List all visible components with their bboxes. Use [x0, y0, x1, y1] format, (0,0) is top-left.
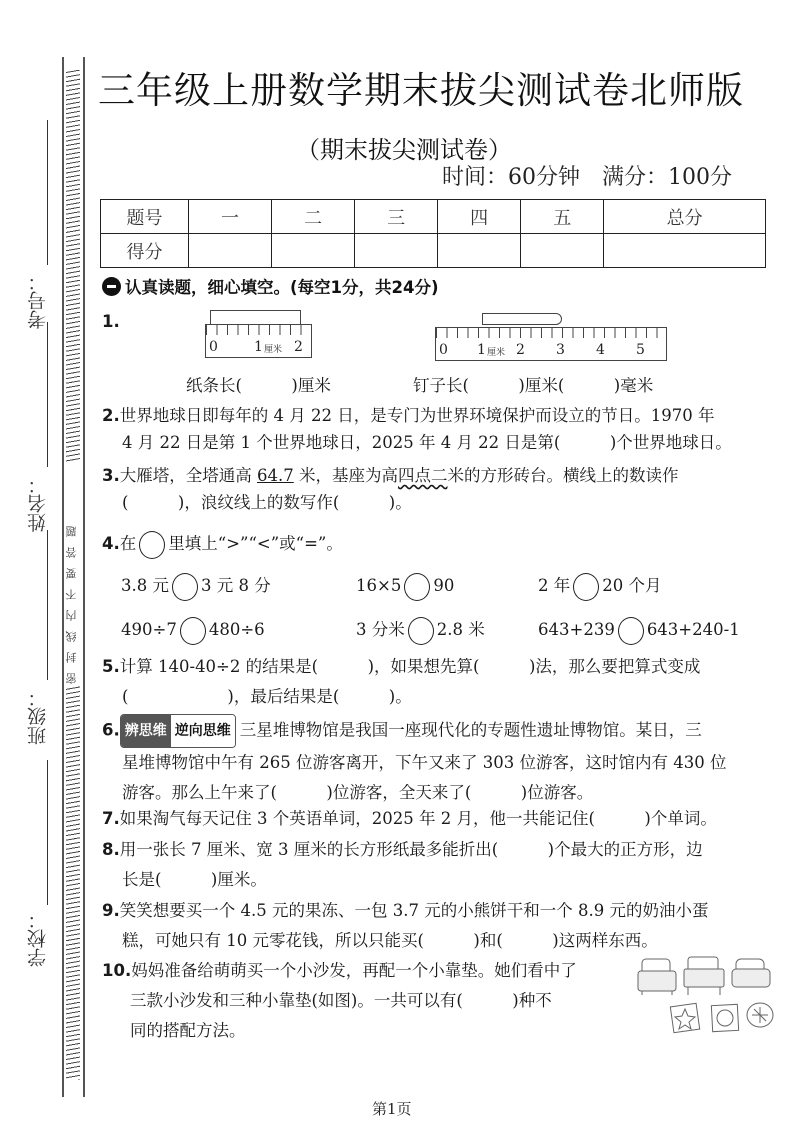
question-10: 10.妈妈准备给萌萌买一个小沙发，再配一个小靠垫。她们看中了 三款小沙发和三种小… [102, 956, 577, 1046]
compare-item-3: 2 年20 个月 [538, 572, 662, 601]
sofa-cushion-illustration [636, 955, 786, 1045]
score-table-score-row: 得分 [101, 234, 766, 268]
ruler-1: 0 1 厘米 2 [205, 324, 312, 358]
school-label: 学校： [24, 910, 51, 967]
compare-circle[interactable] [408, 617, 434, 645]
header-cell: 一 [189, 200, 272, 234]
question-5-line-1[interactable]: 5.计算 140-40÷2 的结果是( )，如果想先算( )法，那么要把算式变成 [102, 652, 700, 682]
question-9: 9.笑笑想要买一个 4.5 元的果冻、一包 3.7 元的小熊饼干和一个 8.9 … [102, 896, 708, 956]
compare-item-2: 16×590 [356, 572, 454, 601]
exam-number-label: 考号： [24, 272, 51, 329]
question-10-blank-line[interactable]: 三款小沙发和三种小靠垫(如图)。一共可以有( )种不 [102, 986, 577, 1016]
ruler-ticks [436, 328, 666, 338]
compare-circle[interactable] [404, 573, 430, 601]
header-cell: 总分 [604, 200, 766, 234]
compare-item-4: 490÷7480÷6 [121, 616, 265, 645]
score-cell[interactable] [272, 234, 355, 268]
question-6-blank-line[interactable]: 游客。那么上午来了( )位游客，全天来了( )位游客。 [102, 778, 726, 808]
ruler-label: 2 [294, 339, 303, 355]
compare-circle[interactable] [180, 617, 206, 645]
sofa-icon [684, 957, 724, 995]
score-cell[interactable] [604, 234, 766, 268]
ruler-label: 5 [636, 342, 645, 358]
header-cell: 二 [272, 200, 355, 234]
ruler-label: 3 [556, 342, 565, 358]
question-1-number: 1. [102, 308, 120, 335]
exam-number-line [47, 120, 48, 265]
score-cell[interactable] [521, 234, 604, 268]
ruler-label: 0 [439, 342, 448, 358]
compare-circle[interactable] [172, 573, 198, 601]
question-1-answer-a[interactable]: 纸条长( )厘米 [186, 372, 331, 399]
question-7[interactable]: 7.如果淘气每天记住 3 个英语单词，2025 年 2 月，他一共能记住( )个… [102, 805, 717, 832]
header-cell: 三 [355, 200, 438, 234]
full-score-label: 满分：100分 [602, 165, 732, 190]
sofa-icon [732, 959, 770, 987]
page-number: 第1页 [372, 1098, 412, 1119]
score-cell[interactable] [438, 234, 521, 268]
ruler-2: 0 1 厘米 2 3 4 5 [435, 327, 667, 361]
time-label: 时间：60分钟 [442, 165, 580, 190]
underlined-number: 64.7 [257, 466, 294, 485]
question-tag: 辨思维逆向思维 [120, 714, 236, 748]
ruler-unit: 厘米 [487, 345, 505, 358]
school-line [47, 760, 48, 905]
question-8: 8.用一张长 7 厘米、宽 3 厘米的长方形纸最多能折出( )个最大的正方形，边… [102, 835, 703, 895]
question-3-blank-line[interactable]: ( )，浪纹线上的数写作( )。 [102, 489, 679, 516]
binding-line-inner [83, 57, 85, 1097]
sofa-icon [638, 959, 676, 995]
question-2: 2.世界地球日即每年的 4 月 22 日，是专门为世界环境保护而设立的节日。19… [102, 402, 732, 456]
class-label: 班级： [24, 688, 51, 745]
question-5-line-2[interactable]: ( )，最后结果是( )。 [102, 682, 700, 712]
score-row-label: 得分 [101, 234, 189, 268]
question-6: 6.辨思维逆向思维三星堆博物馆是我国一座现代化的专题性遗址博物馆。某日，三 星堆… [102, 714, 726, 808]
ruler-label: 4 [596, 342, 605, 358]
ruler-label: 0 [209, 339, 218, 355]
header-cell: 四 [438, 200, 521, 234]
score-cell[interactable] [189, 234, 272, 268]
nail [482, 313, 562, 325]
question-5: 5.计算 140-40÷2 的结果是( )，如果想先算( )法，那么要把算式变成… [102, 652, 700, 712]
seal-notice: 密封线内不要答题 [64, 462, 80, 686]
compare-item-5: 3 分米2.8 米 [356, 616, 485, 645]
exam-meta: 时间：60分钟 满分：100分 [442, 160, 732, 191]
cushion-star-icon [670, 1003, 699, 1032]
question-4: 4.在里填上“>”“<”或“=”。 [102, 530, 343, 559]
name-line [47, 322, 48, 467]
cushion-cat-icon [711, 1004, 738, 1031]
question-2-blank-line[interactable]: 4 月 22 日是第 1 个世界地球日，2025 年 4 月 22 日是第( )… [102, 429, 732, 456]
compare-circle[interactable] [573, 573, 599, 601]
ruler-unit: 厘米 [264, 342, 282, 355]
cushion-round-icon [747, 1003, 773, 1027]
wavy-underlined-number: 四点二 [398, 466, 448, 485]
section-heading: 认真读题，细心填空。(每空1分，共24分) [102, 274, 439, 298]
compare-circle[interactable] [618, 617, 644, 645]
page-title: 三年级上册数学期末拔尖测试卷北师版 [98, 60, 744, 114]
header-cell: 题号 [101, 200, 189, 234]
ruler-label: 1 [477, 342, 486, 358]
class-line [47, 530, 48, 680]
ruler-ticks [206, 325, 311, 335]
name-label: 姓名： [24, 475, 51, 532]
section-title: 认真读题，细心填空。(每空1分，共24分) [125, 274, 439, 298]
header-cell: 五 [521, 200, 604, 234]
score-cell[interactable] [355, 234, 438, 268]
question-8-line-2[interactable]: 长是( )厘米。 [102, 865, 703, 895]
circle-icon [139, 531, 165, 559]
compare-item-6: 643+239643+240-1 [538, 616, 740, 645]
score-table: 题号 一 二 三 四 五 总分 得分 [100, 199, 766, 268]
question-1-answer-b[interactable]: 钉子长( )厘米( )毫米 [413, 372, 653, 399]
question-3: 3.大雁塔，全塔通高 64.7 米，基座为高四点二米的方形砖台。横线上的数读作 … [102, 462, 679, 516]
score-table-header-row: 题号 一 二 三 四 五 总分 [101, 200, 766, 234]
ruler-label: 1 [254, 339, 263, 355]
question-8-line-1[interactable]: 8.用一张长 7 厘米、宽 3 厘米的长方形纸最多能折出( )个最大的正方形，边 [102, 835, 703, 865]
ruler-label: 2 [516, 342, 525, 358]
compare-item-1: 3.8 元3 元 8 分 [121, 572, 271, 601]
question-9-blank-line[interactable]: 糕，可她只有 10 元零花钱，所以只能买( )和( )这两样东西。 [102, 926, 708, 956]
section-number-icon [102, 277, 121, 296]
